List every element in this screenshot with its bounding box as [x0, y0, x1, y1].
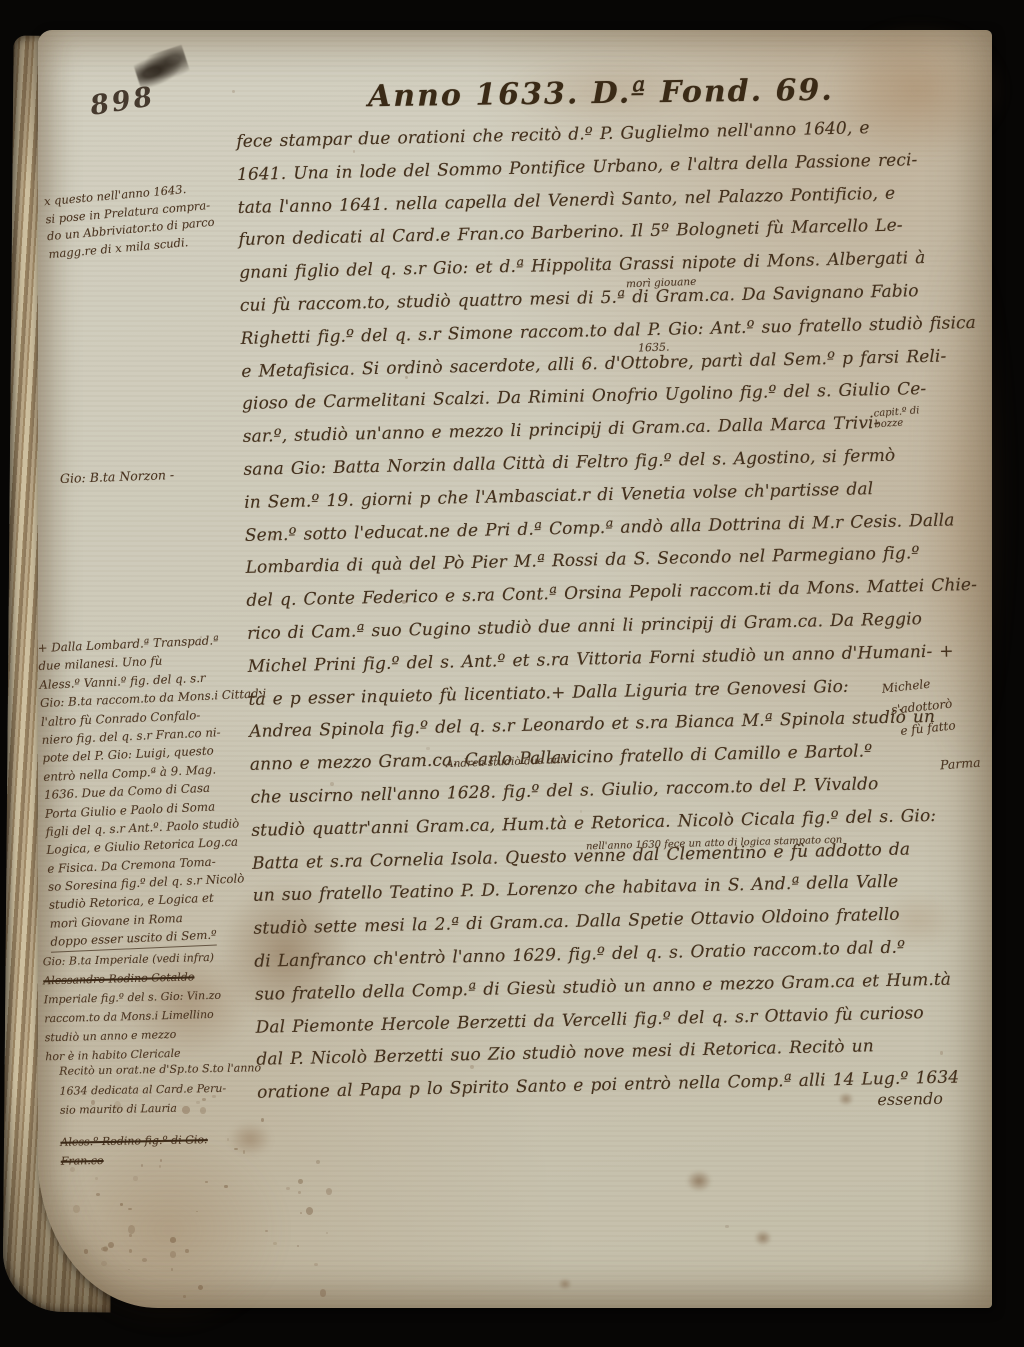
margin-note-line: Gio: B.ta Norzon - — [60, 466, 175, 488]
foxing-spot — [171, 1268, 174, 1270]
manuscript-scan: 898 Anno 1633. D.ª Fond. 69. fece stampa… — [0, 0, 1024, 1347]
margin-note-line: Recitò un orat.ne d'Sp.to S.to l'anno — [59, 1058, 261, 1081]
left-margin-note: Recitò un orat.ne d'Sp.to S.to l'anno163… — [59, 1058, 263, 1171]
foxing-spot — [314, 1263, 318, 1266]
foxing-spot — [306, 1207, 313, 1215]
foxing-spot — [326, 1232, 328, 1235]
foxing-spot — [198, 1285, 204, 1290]
margin-note-line: sio maurito di Lauria — [60, 1097, 262, 1120]
foxing-spot — [96, 1193, 100, 1196]
margin-note-line: Fran.co — [61, 1148, 263, 1171]
interline-note: 1635. — [638, 340, 670, 354]
stain — [686, 1170, 712, 1192]
foxing-spot — [725, 1225, 728, 1228]
foxing-spot — [101, 1247, 108, 1252]
foxing-spot — [298, 1179, 302, 1184]
left-margin-note: + Dalla Lombard.ª Transpad.ªdue milanesi… — [37, 629, 277, 951]
interline-note: morì giouane — [626, 276, 697, 290]
stain — [754, 1230, 772, 1246]
foxing-spot — [142, 1258, 147, 1262]
page-header-title: Anno 1633. D.ª Fond. 69. — [368, 73, 834, 114]
foxing-spot — [273, 1242, 276, 1245]
foxing-spot — [95, 1177, 98, 1180]
left-margin-note: x questo nell'anno 1643.si pose in Prela… — [43, 179, 217, 263]
foxing-spot — [286, 1187, 290, 1191]
foxing-spot — [300, 1212, 302, 1214]
foxing-spot — [320, 1289, 327, 1297]
foxing-spot — [128, 1269, 131, 1271]
margin-note-line: Parma — [939, 753, 981, 776]
foxing-spot — [120, 1203, 123, 1205]
folio-number: 898 — [88, 81, 157, 122]
foxing-spot — [298, 1191, 301, 1194]
foxing-spot — [84, 1249, 88, 1253]
foxing-spot — [108, 1242, 114, 1248]
foxing-spot — [205, 1181, 207, 1184]
foxing-spot — [101, 1261, 108, 1267]
foxing-spot — [265, 1230, 267, 1232]
foxing-spot — [183, 1295, 186, 1298]
foxing-spot — [297, 1245, 299, 1247]
foxing-spot — [316, 1160, 320, 1164]
foxing-spot — [170, 1251, 176, 1257]
foxing-spot — [129, 1249, 132, 1253]
foxing-spot — [103, 1246, 108, 1252]
catchword: essendo — [877, 1089, 943, 1109]
body-text-block: fece stampar due orationi che recitò d.º… — [236, 110, 997, 1110]
foxing-spot — [73, 1205, 79, 1213]
right-margin-note: Parma — [939, 753, 981, 776]
foxing-spot — [196, 1211, 198, 1213]
foxing-spot — [128, 1225, 135, 1234]
manuscript-page: 898 Anno 1633. D.ª Fond. 69. fece stampa… — [38, 30, 992, 1308]
foxing-spot — [129, 1234, 131, 1237]
right-margin-note: Micheles'adottoròe fù fatto — [881, 671, 957, 744]
foxing-spot — [128, 1208, 131, 1211]
foxing-spot — [170, 1237, 176, 1242]
foxing-spot — [185, 1249, 189, 1253]
foxing-spot — [224, 1185, 228, 1189]
foxing-spot — [326, 1188, 333, 1195]
foxing-spot — [232, 90, 235, 93]
stain — [558, 1278, 572, 1290]
left-margin-note: Gio: B.ta Norzon - — [60, 466, 175, 488]
left-margin-note: Gio: B.ta Imperiale (vedi infra)Alessand… — [43, 948, 223, 1067]
foxing-spot — [133, 1176, 138, 1180]
